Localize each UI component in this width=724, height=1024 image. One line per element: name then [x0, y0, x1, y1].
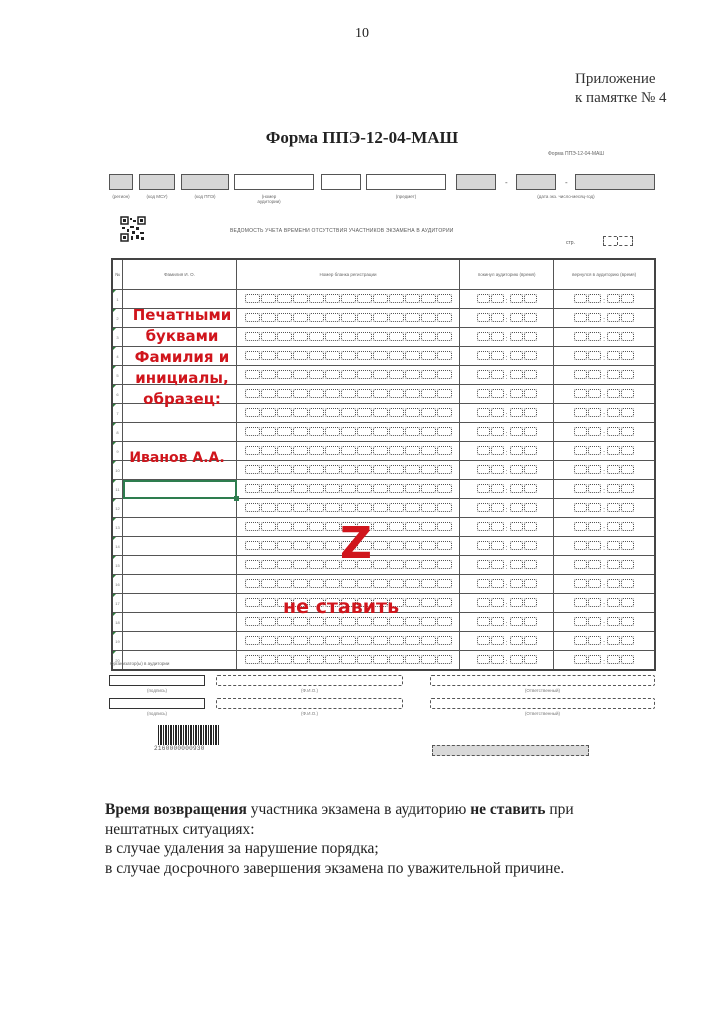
digit-cell[interactable] — [325, 503, 340, 512]
digit-cell[interactable] — [524, 541, 537, 550]
digit-cell[interactable] — [621, 427, 634, 436]
returned-time-cell[interactable]: : — [554, 594, 655, 613]
digit-cell[interactable] — [574, 579, 587, 588]
digit-cell[interactable] — [491, 389, 504, 398]
digit-cell[interactable] — [437, 389, 452, 398]
digit-cell[interactable] — [574, 370, 587, 379]
digit-cell[interactable] — [389, 655, 404, 664]
digit-cell[interactable] — [607, 503, 620, 512]
digit-cell[interactable] — [437, 655, 452, 664]
name-cell[interactable] — [123, 423, 237, 442]
digit-cell[interactable] — [277, 351, 292, 360]
digit-cell[interactable] — [437, 370, 452, 379]
digit-cell[interactable] — [309, 617, 324, 626]
digit-cell[interactable] — [588, 465, 601, 474]
digit-cell[interactable] — [421, 522, 436, 531]
digit-cell[interactable] — [574, 655, 587, 664]
digit-cell[interactable] — [574, 598, 587, 607]
registration-cell[interactable] — [237, 651, 460, 671]
digit-cell[interactable] — [293, 636, 308, 645]
returned-time-cell[interactable]: : — [554, 385, 655, 404]
digit-cell[interactable] — [309, 427, 324, 436]
returned-time-cell[interactable]: : — [554, 404, 655, 423]
digit-cell[interactable] — [574, 427, 587, 436]
digit-cell[interactable] — [245, 503, 260, 512]
digit-cell[interactable] — [341, 446, 356, 455]
digit-cell[interactable] — [588, 522, 601, 531]
digit-cell[interactable] — [477, 503, 490, 512]
digit-cell[interactable] — [491, 332, 504, 341]
digit-cell[interactable] — [510, 427, 523, 436]
digit-cell[interactable] — [277, 484, 292, 493]
digit-cell[interactable] — [405, 332, 420, 341]
digit-cell[interactable] — [574, 503, 587, 512]
digit-cell[interactable] — [293, 313, 308, 322]
digit-cell[interactable] — [277, 503, 292, 512]
digit-cell[interactable] — [261, 313, 276, 322]
digit-cell[interactable] — [373, 408, 388, 417]
digit-cell[interactable] — [325, 579, 340, 588]
digit-cell[interactable] — [437, 427, 452, 436]
digit-cell[interactable] — [477, 351, 490, 360]
digit-cell[interactable] — [373, 636, 388, 645]
digit-cell[interactable] — [389, 294, 404, 303]
digit-cell[interactable] — [491, 370, 504, 379]
digit-cell[interactable] — [421, 313, 436, 322]
digit-cell[interactable] — [607, 560, 620, 569]
digit-cell[interactable] — [309, 294, 324, 303]
digit-cell[interactable] — [405, 389, 420, 398]
digit-cell[interactable] — [405, 313, 420, 322]
digit-cell[interactable] — [373, 541, 388, 550]
digit-cell[interactable] — [261, 522, 276, 531]
digit-cell[interactable] — [421, 389, 436, 398]
digit-cell[interactable] — [309, 560, 324, 569]
digit-cell[interactable] — [261, 370, 276, 379]
digit-cell[interactable] — [621, 598, 634, 607]
digit-cell[interactable] — [421, 446, 436, 455]
digit-cell[interactable] — [341, 636, 356, 645]
digit-cell[interactable] — [588, 389, 601, 398]
digit-cell[interactable] — [491, 427, 504, 436]
responsible-field-1[interactable] — [430, 675, 655, 686]
left-time-cell[interactable]: : — [460, 651, 554, 671]
digit-cell[interactable] — [574, 446, 587, 455]
digit-cell[interactable] — [491, 655, 504, 664]
digit-cell[interactable] — [491, 541, 504, 550]
digit-cell[interactable] — [389, 484, 404, 493]
signature-field-2[interactable] — [109, 698, 205, 709]
digit-cell[interactable] — [607, 617, 620, 626]
returned-time-cell[interactable]: : — [554, 290, 655, 309]
digit-cell[interactable] — [437, 560, 452, 569]
digit-cell[interactable] — [607, 446, 620, 455]
digit-cell[interactable] — [405, 427, 420, 436]
digit-cell[interactable] — [373, 389, 388, 398]
digit-cell[interactable] — [389, 408, 404, 417]
digit-cell[interactable] — [510, 617, 523, 626]
digit-cell[interactable] — [588, 427, 601, 436]
digit-cell[interactable] — [277, 465, 292, 474]
digit-cell[interactable] — [277, 560, 292, 569]
digit-cell[interactable] — [325, 655, 340, 664]
digit-cell[interactable] — [421, 427, 436, 436]
digit-cell[interactable] — [389, 446, 404, 455]
digit-cell[interactable] — [373, 484, 388, 493]
digit-cell[interactable] — [373, 522, 388, 531]
digit-cell[interactable] — [245, 598, 260, 607]
digit-cell[interactable] — [477, 579, 490, 588]
digit-cell[interactable] — [621, 617, 634, 626]
digit-cell[interactable] — [309, 408, 324, 417]
digit-cell[interactable] — [357, 351, 372, 360]
digit-cell[interactable] — [357, 427, 372, 436]
digit-cell[interactable] — [607, 294, 620, 303]
returned-time-cell[interactable]: : — [554, 575, 655, 594]
digit-cell[interactable] — [389, 465, 404, 474]
digit-cell[interactable] — [437, 484, 452, 493]
digit-cell[interactable] — [607, 655, 620, 664]
digit-cell[interactable] — [421, 465, 436, 474]
digit-cell[interactable] — [309, 370, 324, 379]
digit-cell[interactable] — [309, 636, 324, 645]
digit-cell[interactable] — [293, 351, 308, 360]
digit-cell[interactable] — [510, 294, 523, 303]
left-time-cell[interactable]: : — [460, 385, 554, 404]
registration-cell[interactable] — [237, 328, 460, 347]
registration-cell[interactable] — [237, 632, 460, 651]
digit-cell[interactable] — [574, 332, 587, 341]
digit-cell[interactable] — [524, 579, 537, 588]
digit-cell[interactable] — [405, 484, 420, 493]
digit-cell[interactable] — [588, 408, 601, 417]
digit-cell[interactable] — [510, 370, 523, 379]
digit-cell[interactable] — [491, 294, 504, 303]
returned-time-cell[interactable]: : — [554, 461, 655, 480]
digit-cell[interactable] — [574, 541, 587, 550]
digit-cell[interactable] — [510, 446, 523, 455]
digit-cell[interactable] — [261, 408, 276, 417]
digit-cell[interactable] — [293, 522, 308, 531]
left-time-cell[interactable]: : — [460, 518, 554, 537]
digit-cell[interactable] — [405, 522, 420, 531]
name-cell[interactable] — [123, 480, 237, 499]
digit-cell[interactable] — [491, 617, 504, 626]
digit-cell[interactable] — [574, 636, 587, 645]
digit-cell[interactable] — [245, 522, 260, 531]
digit-cell[interactable] — [325, 617, 340, 626]
digit-cell[interactable] — [510, 655, 523, 664]
digit-cell[interactable] — [309, 522, 324, 531]
digit-cell[interactable] — [261, 598, 276, 607]
digit-cell[interactable] — [421, 655, 436, 664]
returned-time-cell[interactable]: : — [554, 518, 655, 537]
digit-cell[interactable] — [510, 636, 523, 645]
digit-cell[interactable] — [491, 636, 504, 645]
returned-time-cell[interactable]: : — [554, 480, 655, 499]
digit-cell[interactable] — [621, 636, 634, 645]
digit-cell[interactable] — [277, 389, 292, 398]
digit-cell[interactable] — [373, 294, 388, 303]
digit-cell[interactable] — [373, 579, 388, 588]
digit-cell[interactable] — [325, 465, 340, 474]
digit-cell[interactable] — [510, 313, 523, 322]
digit-cell[interactable] — [277, 617, 292, 626]
digit-cell[interactable] — [491, 598, 504, 607]
digit-cell[interactable] — [588, 332, 601, 341]
digit-cell[interactable] — [357, 294, 372, 303]
digit-cell[interactable] — [357, 579, 372, 588]
fio-field-1[interactable] — [216, 675, 403, 686]
digit-cell[interactable] — [325, 389, 340, 398]
digit-cell[interactable] — [477, 617, 490, 626]
digit-cell[interactable] — [574, 560, 587, 569]
digit-cell[interactable] — [405, 541, 420, 550]
digit-cell[interactable] — [245, 579, 260, 588]
registration-cell[interactable] — [237, 499, 460, 518]
digit-cell[interactable] — [588, 484, 601, 493]
digit-cell[interactable] — [477, 484, 490, 493]
digit-cell[interactable] — [277, 408, 292, 417]
digit-cell[interactable] — [437, 446, 452, 455]
name-cell[interactable] — [123, 575, 237, 594]
digit-cell[interactable] — [437, 636, 452, 645]
digit-cell[interactable] — [325, 332, 340, 341]
digit-cell[interactable] — [477, 522, 490, 531]
region-field[interactable] — [109, 174, 133, 190]
digit-cell[interactable] — [357, 332, 372, 341]
digit-cell[interactable] — [309, 446, 324, 455]
returned-time-cell[interactable]: : — [554, 347, 655, 366]
digit-cell[interactable] — [524, 332, 537, 341]
digit-cell[interactable] — [421, 579, 436, 588]
name-cell[interactable] — [123, 594, 237, 613]
digit-cell[interactable] — [373, 465, 388, 474]
digit-cell[interactable] — [405, 408, 420, 417]
returned-time-cell[interactable]: : — [554, 556, 655, 575]
digit-cell[interactable] — [437, 408, 452, 417]
digit-cell[interactable] — [357, 465, 372, 474]
digit-cell[interactable] — [373, 560, 388, 569]
digit-cell[interactable] — [293, 617, 308, 626]
digit-cell[interactable] — [245, 655, 260, 664]
digit-cell[interactable] — [357, 484, 372, 493]
digit-cell[interactable] — [510, 560, 523, 569]
digit-cell[interactable] — [309, 655, 324, 664]
left-time-cell[interactable]: : — [460, 594, 554, 613]
digit-cell[interactable] — [245, 617, 260, 626]
returned-time-cell[interactable]: : — [554, 499, 655, 518]
returned-time-cell[interactable]: : — [554, 537, 655, 556]
digit-cell[interactable] — [341, 313, 356, 322]
left-time-cell[interactable]: : — [460, 499, 554, 518]
digit-cell[interactable] — [341, 579, 356, 588]
digit-cell[interactable] — [510, 598, 523, 607]
digit-cell[interactable] — [325, 370, 340, 379]
digit-cell[interactable] — [607, 522, 620, 531]
digit-cell[interactable] — [621, 655, 634, 664]
digit-cell[interactable] — [621, 332, 634, 341]
digit-cell[interactable] — [588, 351, 601, 360]
digit-cell[interactable] — [524, 598, 537, 607]
digit-cell[interactable] — [574, 313, 587, 322]
digit-cell[interactable] — [341, 294, 356, 303]
digit-cell[interactable] — [245, 560, 260, 569]
digit-cell[interactable] — [341, 351, 356, 360]
ppe-code-field[interactable] — [181, 174, 229, 190]
digit-cell[interactable] — [510, 389, 523, 398]
digit-cell[interactable] — [277, 579, 292, 588]
digit-cell[interactable] — [405, 465, 420, 474]
digit-cell[interactable] — [491, 446, 504, 455]
digit-cell[interactable] — [277, 294, 292, 303]
digit-cell[interactable] — [261, 484, 276, 493]
digit-cell[interactable] — [293, 370, 308, 379]
digit-cell[interactable] — [621, 484, 634, 493]
digit-cell[interactable] — [574, 484, 587, 493]
returned-time-cell[interactable]: : — [554, 613, 655, 632]
digit-cell[interactable] — [277, 446, 292, 455]
digit-cell[interactable] — [510, 332, 523, 341]
digit-cell[interactable] — [524, 351, 537, 360]
digit-cell[interactable] — [293, 427, 308, 436]
digit-cell[interactable] — [491, 484, 504, 493]
digit-cell[interactable] — [341, 465, 356, 474]
digit-cell[interactable] — [277, 655, 292, 664]
digit-cell[interactable] — [510, 465, 523, 474]
digit-cell[interactable] — [389, 389, 404, 398]
digit-cell[interactable] — [491, 408, 504, 417]
registration-cell[interactable] — [237, 309, 460, 328]
registration-cell[interactable] — [237, 480, 460, 499]
digit-cell[interactable] — [524, 446, 537, 455]
digit-cell[interactable] — [293, 446, 308, 455]
digit-cell[interactable] — [261, 332, 276, 341]
digit-cell[interactable] — [261, 351, 276, 360]
digit-cell[interactable] — [405, 655, 420, 664]
digit-cell[interactable] — [341, 655, 356, 664]
signature-field-1[interactable] — [109, 675, 205, 686]
digit-cell[interactable] — [341, 503, 356, 512]
digit-cell[interactable] — [510, 522, 523, 531]
digit-cell[interactable] — [405, 617, 420, 626]
digit-cell[interactable] — [621, 408, 634, 417]
msu-code-field[interactable] — [139, 174, 175, 190]
digit-cell[interactable] — [607, 332, 620, 341]
digit-cell[interactable] — [607, 313, 620, 322]
left-time-cell[interactable]: : — [460, 613, 554, 632]
digit-cell[interactable] — [437, 541, 452, 550]
registration-cell[interactable] — [237, 575, 460, 594]
digit-cell[interactable] — [621, 541, 634, 550]
digit-cell[interactable] — [524, 617, 537, 626]
digit-cell[interactable] — [357, 503, 372, 512]
name-cell[interactable] — [123, 537, 237, 556]
digit-cell[interactable] — [477, 598, 490, 607]
digit-cell[interactable] — [437, 617, 452, 626]
registration-cell[interactable] — [237, 347, 460, 366]
left-time-cell[interactable]: : — [460, 347, 554, 366]
digit-cell[interactable] — [524, 484, 537, 493]
digit-cell[interactable] — [421, 598, 436, 607]
digit-cell[interactable] — [389, 541, 404, 550]
returned-time-cell[interactable]: : — [554, 366, 655, 385]
digit-cell[interactable] — [373, 332, 388, 341]
digit-cell[interactable] — [524, 636, 537, 645]
registration-cell[interactable] — [237, 423, 460, 442]
digit-cell[interactable] — [621, 351, 634, 360]
digit-cell[interactable] — [389, 579, 404, 588]
name-cell[interactable] — [123, 499, 237, 518]
digit-cell[interactable] — [357, 389, 372, 398]
digit-cell[interactable] — [373, 427, 388, 436]
digit-cell[interactable] — [293, 408, 308, 417]
digit-cell[interactable] — [309, 503, 324, 512]
digit-cell[interactable] — [389, 522, 404, 531]
digit-cell[interactable] — [588, 541, 601, 550]
digit-cell[interactable] — [309, 332, 324, 341]
digit-cell[interactable] — [588, 579, 601, 588]
digit-cell[interactable] — [245, 294, 260, 303]
digit-cell[interactable] — [325, 522, 340, 531]
digit-cell[interactable] — [373, 503, 388, 512]
digit-cell[interactable] — [421, 351, 436, 360]
name-cell[interactable] — [123, 518, 237, 537]
digit-cell[interactable] — [588, 617, 601, 626]
subject-field[interactable] — [366, 174, 446, 190]
digit-cell[interactable] — [491, 503, 504, 512]
digit-cell[interactable] — [405, 503, 420, 512]
digit-cell[interactable] — [325, 294, 340, 303]
digit-cell[interactable] — [277, 427, 292, 436]
digit-cell[interactable] — [341, 484, 356, 493]
digit-cell[interactable] — [309, 389, 324, 398]
digit-cell[interactable] — [607, 427, 620, 436]
digit-cell[interactable] — [621, 503, 634, 512]
left-time-cell[interactable]: : — [460, 404, 554, 423]
digit-cell[interactable] — [621, 313, 634, 322]
digit-cell[interactable] — [245, 541, 260, 550]
digit-cell[interactable] — [607, 408, 620, 417]
digit-cell[interactable] — [389, 370, 404, 379]
digit-cell[interactable] — [389, 332, 404, 341]
digit-cell[interactable] — [574, 294, 587, 303]
digit-cell[interactable] — [524, 370, 537, 379]
digit-cell[interactable] — [437, 465, 452, 474]
digit-cell[interactable] — [477, 427, 490, 436]
date-year-field[interactable] — [575, 174, 655, 190]
fio-field-2[interactable] — [216, 698, 403, 709]
digit-cell[interactable] — [437, 313, 452, 322]
digit-cell[interactable] — [421, 560, 436, 569]
digit-cell[interactable] — [405, 579, 420, 588]
left-time-cell[interactable]: : — [460, 328, 554, 347]
digit-cell[interactable] — [524, 465, 537, 474]
left-time-cell[interactable]: : — [460, 442, 554, 461]
digit-cell[interactable] — [405, 636, 420, 645]
digit-cell[interactable] — [389, 313, 404, 322]
digit-cell[interactable] — [277, 332, 292, 341]
returned-time-cell[interactable]: : — [554, 632, 655, 651]
digit-cell[interactable] — [325, 636, 340, 645]
digit-cell[interactable] — [357, 370, 372, 379]
registration-cell[interactable] — [237, 366, 460, 385]
digit-cell[interactable] — [357, 636, 372, 645]
digit-cell[interactable] — [309, 351, 324, 360]
digit-cell[interactable] — [293, 389, 308, 398]
digit-cell[interactable] — [477, 370, 490, 379]
digit-cell[interactable] — [357, 617, 372, 626]
